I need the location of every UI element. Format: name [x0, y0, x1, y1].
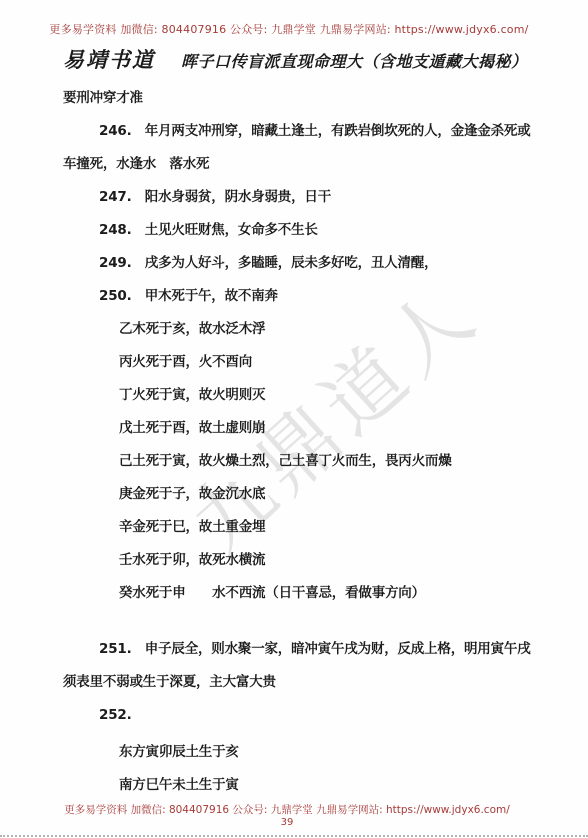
- footer: 更多易学资料 加微信: 804407916 公众号: 九鼎学堂 九鼎易学网站: …: [0, 802, 574, 828]
- body-line-numbered: 249. 戌多为人好斗，多瞌睡，辰未多好吃，丑人清醒，: [0, 248, 588, 281]
- masthead: 易靖书道 晖子口传盲派直现命理大（含地支遁藏大揭秘）: [63, 44, 568, 74]
- body-line-indented: 丙火死于酉，火不酉向: [0, 347, 588, 380]
- document-title: 晖子口传盲派直现命理大（含地支遁藏大揭秘）: [181, 49, 528, 72]
- body-line: 要刑冲穿才准: [0, 83, 588, 116]
- brand-calligraphy: 易靖书道: [63, 44, 155, 74]
- document-body: 要刑冲穿才准 246. 年月两支冲刑穿，暗藏土逢土，有跌岩倒坎死的人，金逢金杀死…: [0, 83, 588, 803]
- page-number: 39: [0, 817, 574, 828]
- body-line-numbered: 251. 申子辰全，则水聚一家，暗冲寅午戌为财，反成上格，明用寅午戌: [0, 634, 588, 667]
- page-bottom-dotted-divider: [0, 835, 588, 837]
- body-line-indented: 癸水死于申 水不西流（日干喜忌，看做事方向）: [0, 578, 588, 611]
- body-line-indented: 庚金死于子，故金沉水底: [0, 479, 588, 512]
- body-line-numbered: 252.: [0, 700, 588, 733]
- body-line-indented: 南方巳午未土生于寅: [0, 770, 588, 803]
- body-line-numbered: 250. 甲木死于午，故不南奔: [0, 281, 588, 314]
- body-line-indented: 乙木死于亥，故水泛木浮: [0, 314, 588, 347]
- header-contact-notice: 更多易学资料 加微信: 804407916 公众号: 九鼎学堂 九鼎易学网站: …: [0, 21, 578, 37]
- body-line: 车撞死，水逢水 落水死: [0, 149, 588, 182]
- body-line-indented: 戊土死于酉，故土虚则崩: [0, 413, 588, 446]
- body-line-indented: 壬水死于卯，故死水横流: [0, 545, 588, 578]
- body-line-numbered: 246. 年月两支冲刑穿，暗藏土逢土，有跌岩倒坎死的人，金逢金杀死或: [0, 116, 588, 149]
- body-line-indented: 己土死于寅，故火燥土烈，己土喜丁火而生，畏丙火而燥: [0, 446, 588, 479]
- body-line-indented: 辛金死于巳，故土重金埋: [0, 512, 588, 545]
- document-page: 更多易学资料 加微信: 804407916 公众号: 九鼎学堂 九鼎易学网站: …: [0, 0, 588, 838]
- body-line-numbered: 247. 阳水身弱贫，阴水身弱贵，日干: [0, 182, 588, 215]
- body-line-numbered: 248. 土见火旺财焦，女命多不生长: [0, 215, 588, 248]
- footer-contact-notice: 更多易学资料 加微信: 804407916 公众号: 九鼎学堂 九鼎易学网站: …: [0, 802, 574, 817]
- body-line-indented: 东方寅卯辰土生于亥: [0, 737, 588, 770]
- body-line: 须表里不弱或生于深夏，主大富大贵: [0, 667, 588, 700]
- body-line-indented: 丁火死于寅，故火明则灭: [0, 380, 588, 413]
